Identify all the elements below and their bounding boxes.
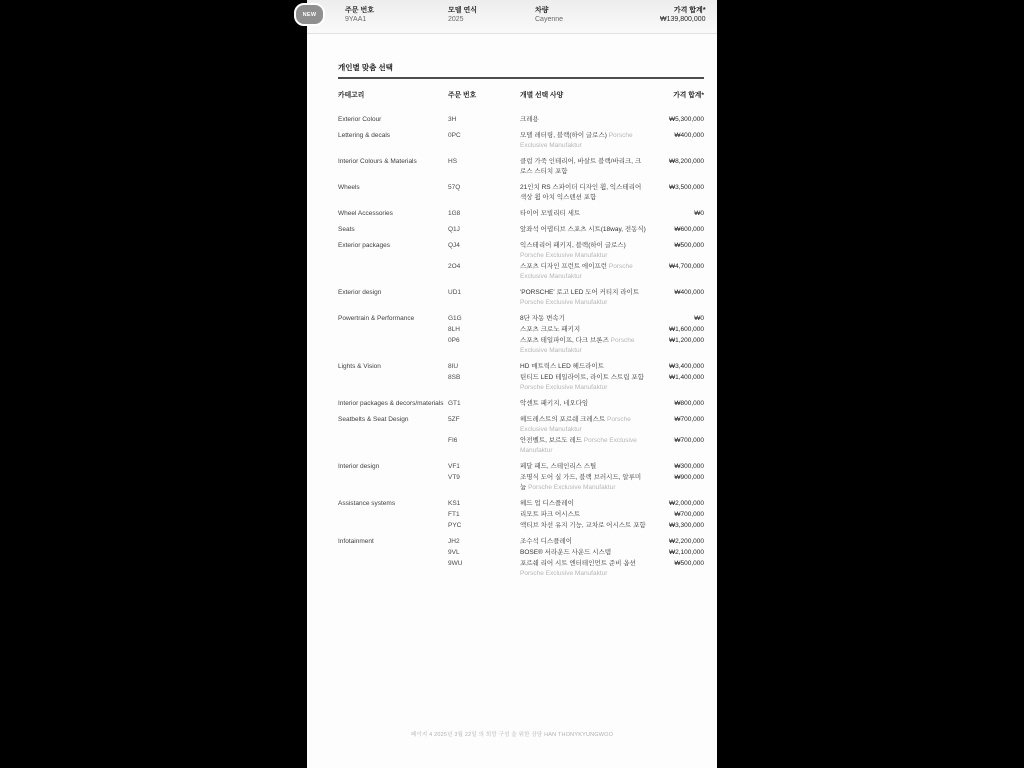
option-category: Wheels — [338, 183, 448, 203]
option-category — [338, 521, 448, 531]
option-group: Interior packages & decors/materialsGT1악… — [307, 399, 717, 409]
option-code: 2O4 — [448, 262, 520, 282]
option-row: FI6안전벨트, 보르도 레드 Porsche Exclusive Manufa… — [338, 436, 704, 456]
column-header-code: 주문 번호 — [448, 89, 520, 99]
option-price: ₩900,000 — [654, 473, 704, 493]
option-description: 21인치 RS 스파이더 디자인 휠, 익스테리어 색상 휠 아치 익스텐션 포… — [520, 183, 654, 203]
option-price: ₩700,000 — [654, 510, 704, 520]
option-price: ₩1,600,000 — [654, 325, 704, 335]
page-footer: 페이지 4 2025년 3월 22일 의 희망 구성 을 위한 상담 HAN T… — [307, 730, 717, 738]
exclusive-manufaktur-note: Porsche Exclusive Manufaktur — [526, 484, 615, 491]
option-price: ₩3,500,000 — [654, 183, 704, 203]
option-category: Lights & Vision — [338, 362, 448, 372]
option-row: FT1리모트 파크 어시스트₩700,000 — [338, 510, 704, 520]
option-row: Exterior packagesQJ4익스테리어 패키지, 블랙(하이 글로스… — [338, 241, 704, 261]
option-category: Wheel Accessories — [338, 209, 448, 219]
option-group: SeatsQ1J앞좌석 어댑티브 스포츠 시트(18way, 전동식)₩600,… — [307, 225, 717, 235]
option-row: Lettering & decals0PC모델 레터링, 블랙(하이 글로스) … — [338, 131, 704, 151]
option-row: Lights & Vision8IUHD 매트릭스 LED 헤드라이트₩3,40… — [338, 362, 704, 372]
option-group: Seatbelts & Seat Design5ZF헤드레스트의 포르쉐 크레스… — [307, 415, 717, 456]
order-number-block: 주문 번호 9YAA1 — [345, 6, 448, 25]
option-description: 헤드 업 디스플레이 — [520, 499, 654, 509]
options-table: Exterior Colour3H크레용₩5,300,000Lettering … — [307, 115, 717, 579]
option-group: Lettering & decals0PC모델 레터링, 블랙(하이 글로스) … — [307, 131, 717, 151]
option-price: ₩700,000 — [654, 415, 704, 435]
option-description: 페달 패드, 스테인리스 스틸 — [520, 462, 654, 472]
option-category — [338, 473, 448, 493]
option-row: PYC액티브 차선 유지 기능, 교차로 어시스트 포함₩3,300,000 — [338, 521, 704, 531]
option-price: ₩400,000 — [654, 131, 704, 151]
option-row: 8SB틴티드 LED 테일라이트, 라이트 스트립 포함 Porsche Exc… — [338, 373, 704, 393]
option-description: 헤드레스트의 포르쉐 크레스트 Porsche Exclusive Manufa… — [520, 415, 654, 435]
order-number-value: 9YAA1 — [345, 15, 448, 25]
option-description: 액티브 차선 유지 기능, 교차로 어시스트 포함 — [520, 521, 654, 531]
column-header-description: 개별 선택 사양 — [520, 89, 654, 99]
vehicle-block: 차량 Cayenne — [535, 6, 660, 25]
option-category: Exterior design — [338, 288, 448, 308]
exclusive-manufaktur-note: Porsche Exclusive Manufaktur — [520, 570, 607, 577]
order-number-label: 주문 번호 — [345, 6, 448, 15]
option-description: 악센트 패키지, 네오다임 — [520, 399, 654, 409]
option-group: Exterior packagesQJ4익스테리어 패키지, 블랙(하이 글로스… — [307, 241, 717, 282]
option-category: Interior Colours & Materials — [338, 157, 448, 177]
option-code: 57Q — [448, 183, 520, 203]
option-description: 틴티드 LED 테일라이트, 라이트 스트립 포함 Porsche Exclus… — [520, 373, 654, 393]
option-price: ₩400,000 — [654, 288, 704, 308]
option-category — [338, 510, 448, 520]
option-code: 9VL — [448, 548, 520, 558]
option-code: 8LH — [448, 325, 520, 335]
option-description: 클럽 가죽 인테리어, 바살트 블랙/바리크, 크로스 스티치 포함 — [520, 157, 654, 177]
option-category — [338, 262, 448, 282]
option-code: FT1 — [448, 510, 520, 520]
option-category — [338, 548, 448, 558]
option-row: Interior designVF1페달 패드, 스테인리스 스틸₩300,00… — [338, 462, 704, 472]
option-price: ₩2,200,000 — [654, 537, 704, 547]
option-code: G1G — [448, 314, 520, 324]
price-total-label: 가격 합계* — [660, 6, 706, 15]
option-price: ₩600,000 — [654, 225, 704, 235]
option-category — [338, 336, 448, 356]
option-description: 크레용 — [520, 115, 654, 125]
option-code: HS — [448, 157, 520, 177]
vehicle-value: Cayenne — [535, 15, 660, 25]
option-row: InfotainmentJH2조수석 디스플레이₩2,200,000 — [338, 537, 704, 547]
price-total-block: 가격 합계* ₩139,800,000 — [660, 6, 706, 25]
option-price: ₩4,700,000 — [654, 262, 704, 282]
option-price: ₩500,000 — [654, 241, 704, 261]
option-description: 안전벨트, 보르도 레드 Porsche Exclusive Manufaktu… — [520, 436, 654, 456]
option-description: 포르쉐 리어 시트 엔터테인먼트 준비 옵션 Porsche Exclusive… — [520, 559, 654, 579]
option-row: Exterior Colour3H크레용₩5,300,000 — [338, 115, 704, 125]
option-row: 8LH스포츠 크로노 패키지₩1,600,000 — [338, 325, 704, 335]
exclusive-manufaktur-note: Porsche Exclusive Manufaktur — [520, 299, 607, 306]
option-price: ₩2,000,000 — [654, 499, 704, 509]
option-row: Assistance systemsKS1헤드 업 디스플레이₩2,000,00… — [338, 499, 704, 509]
option-description: 리모트 파크 어시스트 — [520, 510, 654, 520]
option-group: Wheels57Q21인치 RS 스파이더 디자인 휠, 익스테리어 색상 휠 … — [307, 183, 717, 203]
document-header: NEW 주문 번호 9YAA1 모델 연식 2025 차량 Cayenne 가격… — [307, 0, 717, 34]
option-row: Wheels57Q21인치 RS 스파이더 디자인 휠, 익스테리어 색상 휠 … — [338, 183, 704, 203]
exclusive-manufaktur-note: Porsche Exclusive Manufaktur — [520, 252, 607, 259]
option-category — [338, 325, 448, 335]
option-description: 익스테리어 패키지, 블랙(하이 글로스) Porsche Exclusive … — [520, 241, 654, 261]
option-group: Exterior designUD1'PORSCHE' 로고 LED 도어 커티… — [307, 288, 717, 308]
option-description: 스포츠 테일파이프, 다크 브론즈 Porsche Exclusive Manu… — [520, 336, 654, 356]
option-code: UD1 — [448, 288, 520, 308]
model-year-value: 2025 — [448, 15, 535, 25]
vehicle-label: 차량 — [535, 6, 660, 15]
option-group: Assistance systemsKS1헤드 업 디스플레이₩2,000,00… — [307, 499, 717, 531]
option-code: QJ4 — [448, 241, 520, 261]
option-price: ₩3,300,000 — [654, 521, 704, 531]
column-header-category: 카테고리 — [338, 89, 448, 99]
option-description: 앞좌석 어댑티브 스포츠 시트(18way, 전동식) — [520, 225, 654, 235]
model-year-label: 모델 연식 — [448, 6, 535, 15]
option-row: Seatbelts & Seat Design5ZF헤드레스트의 포르쉐 크레스… — [338, 415, 704, 435]
option-category — [338, 373, 448, 393]
option-row: Powertrain & PerformanceG1G8단 자동 변속기₩0 — [338, 314, 704, 324]
option-price: ₩500,000 — [654, 559, 704, 579]
option-group: Interior Colours & MaterialsHS클럽 가죽 인테리어… — [307, 157, 717, 177]
option-code: FI6 — [448, 436, 520, 456]
option-row: Wheel Accessories1G8타이어 모빌리티 세트₩0 — [338, 209, 704, 219]
option-description: 모델 레터링, 블랙(하이 글로스) Porsche Exclusive Man… — [520, 131, 654, 151]
option-code: 0PC — [448, 131, 520, 151]
option-code: 5ZF — [448, 415, 520, 435]
option-code: VT9 — [448, 473, 520, 493]
option-row: Interior packages & decors/materialsGT1악… — [338, 399, 704, 409]
option-row: 9VLBOSE® 서라운드 사운드 시스템₩2,100,000 — [338, 548, 704, 558]
document-page: NEW 주문 번호 9YAA1 모델 연식 2025 차량 Cayenne 가격… — [307, 0, 717, 768]
option-description: 조명식 도어 실 가드, 블랙 브러시드, 알루미늄 Porsche Exclu… — [520, 473, 654, 493]
option-code: JH2 — [448, 537, 520, 547]
option-price: ₩300,000 — [654, 462, 704, 472]
option-price: ₩800,000 — [654, 399, 704, 409]
option-category: Seats — [338, 225, 448, 235]
option-group: Exterior Colour3H크레용₩5,300,000 — [307, 115, 717, 125]
table-header-row: 카테고리 주문 번호 개별 선택 사양 가격 합계* — [338, 89, 704, 99]
option-group: Lights & Vision8IUHD 매트릭스 LED 헤드라이트₩3,40… — [307, 362, 717, 393]
option-price: ₩0 — [654, 209, 704, 219]
option-price: ₩1,200,000 — [654, 336, 704, 356]
option-description: 'PORSCHE' 로고 LED 도어 커티지 라이트 Porsche Excl… — [520, 288, 654, 308]
option-code: VF1 — [448, 462, 520, 472]
price-total-value: ₩139,800,000 — [660, 15, 706, 25]
option-price: ₩700,000 — [654, 436, 704, 456]
option-code: GT1 — [448, 399, 520, 409]
option-code: 9WU — [448, 559, 520, 579]
option-description: 타이어 모빌리티 세트 — [520, 209, 654, 219]
option-price: ₩5,300,000 — [654, 115, 704, 125]
option-category: Seatbelts & Seat Design — [338, 415, 448, 435]
option-category — [338, 436, 448, 456]
option-description: HD 매트릭스 LED 헤드라이트 — [520, 362, 654, 372]
option-category: Assistance systems — [338, 499, 448, 509]
option-group: Wheel Accessories1G8타이어 모빌리티 세트₩0 — [307, 209, 717, 219]
option-row: 9WU포르쉐 리어 시트 엔터테인먼트 준비 옵션 Porsche Exclus… — [338, 559, 704, 579]
option-description: 스포츠 크로노 패키지 — [520, 325, 654, 335]
option-description: 스포츠 디자인 프런트 에이프런 Porsche Exclusive Manuf… — [520, 262, 654, 282]
option-category: Interior packages & decors/materials — [338, 399, 448, 409]
option-price: ₩3,400,000 — [654, 362, 704, 372]
option-group: Interior designVF1페달 패드, 스테인리스 스틸₩300,00… — [307, 462, 717, 493]
option-group: Powertrain & PerformanceG1G8단 자동 변속기₩08L… — [307, 314, 717, 356]
option-group: InfotainmentJH2조수석 디스플레이₩2,200,0009VLBOS… — [307, 537, 717, 579]
option-price: ₩8,200,000 — [654, 157, 704, 177]
option-description: 조수석 디스플레이 — [520, 537, 654, 547]
option-code: PYC — [448, 521, 520, 531]
option-price: ₩2,100,000 — [654, 548, 704, 558]
section-divider — [338, 77, 704, 79]
viewer-background: NEW 주문 번호 9YAA1 모델 연식 2025 차량 Cayenne 가격… — [0, 0, 1024, 768]
new-badge: NEW — [294, 3, 325, 26]
option-category: Exterior Colour — [338, 115, 448, 125]
option-category: Exterior packages — [338, 241, 448, 261]
option-code: 8IU — [448, 362, 520, 372]
option-price: ₩0 — [654, 314, 704, 324]
option-row: 2O4스포츠 디자인 프런트 에이프런 Porsche Exclusive Ma… — [338, 262, 704, 282]
option-category: Powertrain & Performance — [338, 314, 448, 324]
option-row: 0P6스포츠 테일파이프, 다크 브론즈 Porsche Exclusive M… — [338, 336, 704, 356]
option-category: Interior design — [338, 462, 448, 472]
option-code: 8SB — [448, 373, 520, 393]
section-title: 개인별 맞춤 선택 — [338, 62, 704, 73]
option-code: Q1J — [448, 225, 520, 235]
option-category: Infotainment — [338, 537, 448, 547]
option-code: 1G8 — [448, 209, 520, 219]
option-price: ₩1,400,000 — [654, 373, 704, 393]
option-code: 0P6 — [448, 336, 520, 356]
option-category — [338, 559, 448, 579]
option-row: SeatsQ1J앞좌석 어댑티브 스포츠 시트(18way, 전동식)₩600,… — [338, 225, 704, 235]
option-row: VT9조명식 도어 실 가드, 블랙 브러시드, 알루미늄 Porsche Ex… — [338, 473, 704, 493]
option-code: KS1 — [448, 499, 520, 509]
column-header-price: 가격 합계* — [654, 89, 704, 99]
option-description: 8단 자동 변속기 — [520, 314, 654, 324]
option-category: Lettering & decals — [338, 131, 448, 151]
option-row: Exterior designUD1'PORSCHE' 로고 LED 도어 커티… — [338, 288, 704, 308]
option-row: Interior Colours & MaterialsHS클럽 가죽 인테리어… — [338, 157, 704, 177]
exclusive-manufaktur-note: Porsche Exclusive Manufaktur — [520, 384, 607, 391]
option-description: BOSE® 서라운드 사운드 시스템 — [520, 548, 654, 558]
model-year-block: 모델 연식 2025 — [448, 6, 535, 25]
option-code: 3H — [448, 115, 520, 125]
